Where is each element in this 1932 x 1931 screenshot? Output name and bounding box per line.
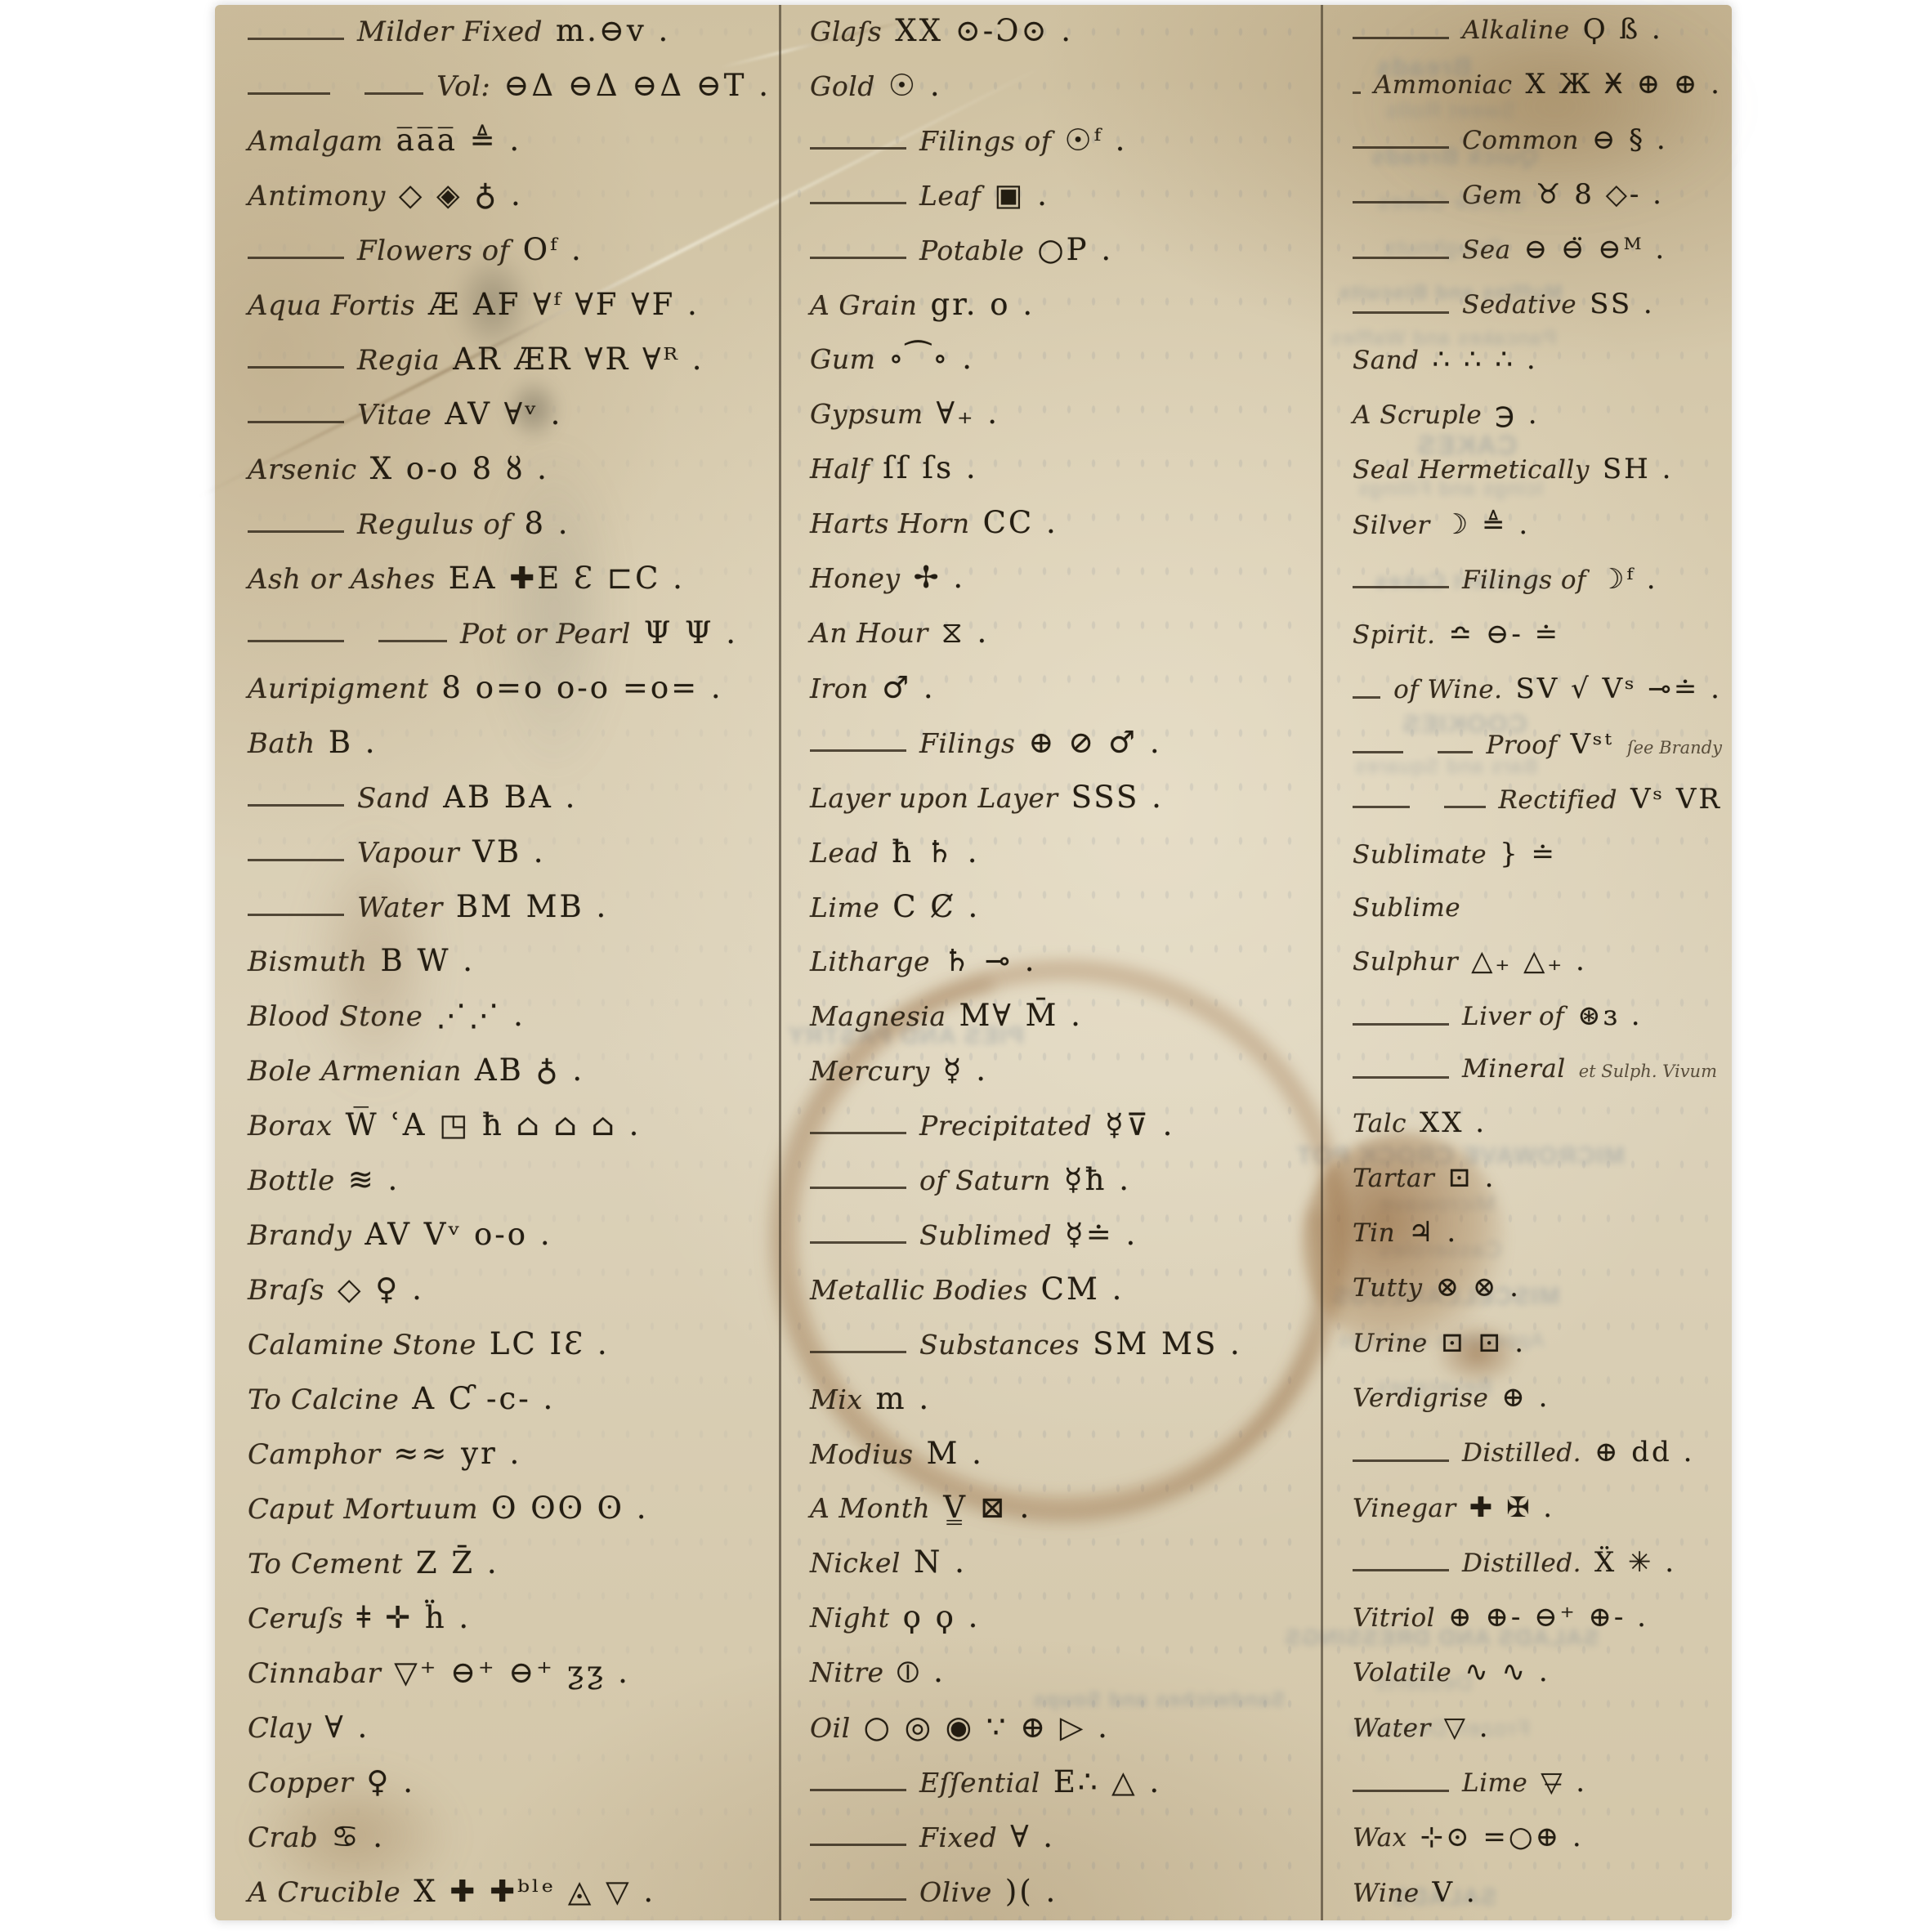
table-row: Seal HermeticallySH . (1353, 453, 1722, 485)
symbol-glyphs: Oᶠ . (523, 232, 584, 267)
symbol-glyphs: ≈≈ yr . (393, 1436, 521, 1471)
ditto-dash (248, 366, 344, 369)
term-label: Flowers of (357, 235, 510, 267)
term-label: Ash or Ashes (248, 563, 436, 596)
symbol-glyphs: ⋰⋰ . (436, 998, 525, 1033)
term-label: Borax (248, 1110, 333, 1142)
term-label: Vinegar (1353, 1494, 1456, 1523)
ditto-dash (810, 749, 906, 752)
table-row: Vol:⊖Δ ⊖Δ ⊖Δ ⊖T . (248, 68, 771, 103)
symbol-glyphs: ⊛ɜ . (1577, 999, 1642, 1032)
symbol-glyphs: ☿ħ . (1064, 1162, 1131, 1197)
symbol-glyphs: a̅a̅a̅ ≜ . (396, 123, 521, 158)
table-row: Bottle≋ . (248, 1162, 771, 1197)
table-row: Vitriol⊕ ⊕- ⊖⁺ ⊕- . (1353, 1601, 1722, 1634)
symbol-glyphs: ⊕ ⊘ ♂ . (1028, 725, 1161, 760)
ditto-dash (1353, 1459, 1449, 1462)
table-row: Crab♋ . (248, 1819, 771, 1854)
term-label: Honey (810, 562, 901, 594)
symbol-glyphs: A Ƈ -c- . (412, 1381, 555, 1416)
table-row: ProofVˢᵗſee Brandy (1353, 728, 1722, 761)
table-row: Sand∴ ∴ ∴ . (1353, 343, 1722, 376)
symbol-glyphs: SH . (1603, 453, 1674, 485)
term-label: A Scruple (1353, 400, 1482, 430)
table-row: Silver☽ ≜ . (1353, 508, 1722, 541)
term-label: Camphor (248, 1438, 380, 1471)
ditto-dash (364, 92, 423, 95)
symbol-glyphs: X Ж Ӿ ⊕ ⊕ . (1525, 68, 1722, 101)
term-label: Bottle (248, 1164, 335, 1197)
ditto-dash (1353, 146, 1449, 149)
table-row: SedativeSS . (1353, 288, 1722, 320)
symbol-glyphs: ∀ . (1010, 1819, 1055, 1854)
table-row: Layer upon LayerSSS . (810, 780, 1308, 815)
symbol-glyphs: m.⊖v . (556, 13, 670, 48)
table-row: Filings⊕ ⊘ ♂ . (810, 725, 1308, 760)
ditto-dash (1353, 1569, 1449, 1571)
table-row: Pot or PearlΨ Ψ . (248, 615, 771, 650)
table-row: Gypsum∀₊ . (810, 396, 1308, 431)
ditto-dash (810, 1898, 906, 1901)
term-label: Regulus of (357, 508, 511, 541)
annotation-note: et Sulph. Vivum (1579, 1062, 1717, 1081)
symbol-glyphs: CM . (1041, 1272, 1125, 1307)
table-row: GlaſsXX ⊙-Ɔ⊙ . (810, 13, 1308, 48)
ditto-dash (810, 1241, 906, 1244)
table-row: Ceruſsǂ ✛ ḧ . (248, 1600, 771, 1635)
ditto-dash (248, 257, 344, 259)
term-label: Filings (919, 727, 1015, 759)
table-row: SandAB BA . (248, 780, 771, 815)
term-label: A Month (810, 1492, 930, 1524)
term-label: Copper (248, 1767, 353, 1799)
symbol-glyphs: ✚ ✠ . (1469, 1491, 1554, 1524)
term-label: Harts Horn (810, 507, 970, 539)
symbol-glyphs: ϙ ϙ . (903, 1599, 981, 1634)
table-row: Mercury☿ . (810, 1053, 1308, 1088)
table-row: RegiaAR ÆR ∀R ∀ᴿ . (248, 342, 771, 377)
symbol-glyphs: SS . (1590, 288, 1655, 320)
term-label: Ammoniac (1374, 70, 1513, 100)
table-row: Sublimate} ≐ (1353, 838, 1722, 870)
symbol-glyphs: ▽ . (1444, 1711, 1491, 1744)
table-row: Distilled.⊕ dd . (1353, 1436, 1722, 1468)
term-label: Half (810, 453, 870, 485)
symbol-glyphs: X o-o 8 ȣ . (370, 451, 549, 486)
term-label: Iron (810, 673, 869, 704)
term-label: Water (357, 892, 443, 924)
table-row: Leaf▣ . (810, 177, 1308, 212)
table-row: Iron♂ . (810, 670, 1308, 705)
ditto-dash (248, 804, 344, 807)
term-label: Distilled. (1462, 1549, 1581, 1578)
table-row: NickelN . (810, 1544, 1308, 1580)
table-row: An Hour⧖ . (810, 615, 1308, 650)
table-row: Mixm . (810, 1381, 1308, 1416)
table-row: Litharge♄ ⊸ . (810, 943, 1308, 978)
term-label: Crab (248, 1821, 318, 1854)
term-label: Talc (1353, 1109, 1407, 1138)
table-row: Nitre⦶ . (810, 1654, 1308, 1690)
table-row: WaterBM MB . (248, 889, 771, 924)
table-row: Sublimed☿≐ . (810, 1217, 1308, 1252)
ditto-dash (248, 92, 330, 95)
symbol-glyphs: ≏ ⊖- ≐ (1449, 618, 1561, 650)
table-row: RectifiedVˢ VR (1353, 783, 1722, 816)
term-label: Wax (1353, 1823, 1407, 1853)
term-label: Auripigment (248, 673, 428, 705)
symbol-glyphs: ⊖ ⊖̈ ⊖ᴹ . (1524, 233, 1667, 266)
symbol-glyphs: gr. o . (930, 287, 1035, 322)
term-label: Water (1353, 1714, 1431, 1743)
ditto-dash (248, 421, 344, 423)
ditto-dash (1353, 1790, 1449, 1792)
table-row: Aqua FortisÆ AF ∀ᶠ ∀F ∀F . (248, 287, 771, 322)
ditto-dash (810, 147, 906, 150)
symbol-glyphs: ▽̶ . (1541, 1766, 1587, 1799)
term-label: Brandy (248, 1219, 351, 1252)
table-row: of Saturn☿ħ . (810, 1162, 1308, 1197)
term-label: Ceruſs (248, 1602, 343, 1635)
table-row: Metallic BodiesCM . (810, 1272, 1308, 1307)
term-label: To Calcine (248, 1383, 399, 1416)
term-label: Eſſential (919, 1767, 1040, 1799)
symbol-glyphs: Vˢ VR (1630, 783, 1722, 816)
symbol-glyphs: AV Vᵛ o-o . (364, 1217, 552, 1252)
term-label: Substances (919, 1329, 1080, 1361)
ditto-dash (1353, 92, 1361, 94)
symbol-glyphs: B . (329, 725, 378, 760)
ditto-dash (810, 1789, 906, 1791)
term-label: Mineral (1462, 1054, 1566, 1084)
table-row: Tutty⊗ ⊗ . (1353, 1271, 1722, 1303)
table-row: Verdigrise⊕ . (1353, 1381, 1722, 1414)
table-row: To CalcineA Ƈ -c- . (248, 1381, 771, 1416)
term-label: Verdigrise (1353, 1383, 1488, 1413)
table-row: Amalgama̅a̅a̅ ≜ . (248, 123, 771, 158)
table-row: Oil○ ◎ ◉ ∵ ⊕ ▷ . (810, 1710, 1308, 1745)
symbol-glyphs: CC . (983, 505, 1058, 540)
symbol-glyphs: ⊡ . (1447, 1161, 1496, 1194)
symbol-glyphs: 8 o=o o-o =o= . (441, 670, 722, 705)
table-row: Volatile∿ ∿ . (1353, 1656, 1722, 1688)
ditto-dash (1353, 201, 1449, 203)
term-label: Gold (810, 70, 875, 102)
term-label: Amalgam (248, 125, 383, 158)
term-label: Pot or Pearl (460, 618, 631, 650)
term-label: Oil (810, 1712, 851, 1744)
symbol-glyphs: } ≐ (1500, 838, 1557, 870)
ditto-dash (810, 1187, 906, 1189)
symbol-glyphs: ☉ᶠ . (1064, 123, 1127, 158)
symbol-glyphs: ♉ 8 ◇- . (1536, 178, 1664, 211)
symbol-glyphs: SV √ Vˢ ⊸≐ . (1515, 673, 1722, 705)
symbol-glyphs: Ẍ ✳ . (1594, 1546, 1676, 1579)
symbol-glyphs: AB BA . (443, 780, 577, 815)
term-label: Modius (810, 1438, 914, 1470)
symbol-glyphs: ⊹⊙ =○⊕ . (1420, 1821, 1584, 1853)
table-row: Braſs◇ ♀ . (248, 1272, 771, 1307)
term-label: Gem (1462, 181, 1523, 210)
term-label: Alkaline (1462, 16, 1570, 45)
term-label: Liver of (1462, 1002, 1564, 1031)
term-label: Regia (357, 344, 440, 377)
term-label: Braſs (248, 1274, 324, 1307)
symbol-glyphs: XX . (1420, 1106, 1487, 1139)
symbol-glyphs: ☽ᶠ . (1599, 563, 1658, 596)
term-label: Sublime (1353, 893, 1460, 923)
table-row: Regulus of8 . (248, 506, 771, 541)
table-row: VapourVB . (248, 834, 771, 869)
term-label: Nickel (810, 1547, 901, 1579)
term-label: Distilled. (1462, 1438, 1581, 1468)
table-row: Harts HornCC . (810, 505, 1308, 540)
symbol-glyphs: LC IƐ . (490, 1326, 610, 1361)
symbol-glyphs: ⊗ ⊗ . (1436, 1271, 1521, 1303)
table-row: AlkalineϘ ß . (1353, 13, 1722, 46)
symbol-glyphs: ⊕ ⊕- ⊖⁺ ⊕- . (1448, 1601, 1648, 1634)
table-row: TalcXX . (1353, 1106, 1722, 1139)
symbol-glyphs: ʘ ʘʘ ʘ . (491, 1491, 648, 1526)
table-row: Milder Fixedm.⊖v . (248, 13, 771, 48)
table-row: Blood Stone⋰⋰ . (248, 998, 771, 1033)
symbol-glyphs: ☉ . (888, 68, 942, 103)
term-label: Glaſs (810, 16, 882, 47)
term-label: Sea (1462, 235, 1511, 265)
symbol-glyphs: ▽⁺ ⊖⁺ ⊖⁺ ƺƺ . (394, 1655, 630, 1690)
symbol-glyphs: ⊕ . (1501, 1381, 1550, 1414)
annotation-note: ſee Brandy (1627, 738, 1722, 758)
symbol-glyphs: ⦶ . (897, 1654, 946, 1690)
term-label: Cinnabar (248, 1657, 381, 1690)
term-label: Bismuth (248, 945, 368, 978)
table-row: Distilled.Ẍ ✳ . (1353, 1546, 1722, 1579)
table-row: WineV . (1353, 1876, 1722, 1909)
table-row: Gold☉ . (810, 68, 1308, 103)
term-label: Precipitated (919, 1110, 1092, 1142)
term-label: Mix (810, 1383, 862, 1415)
ditto-dash (1353, 257, 1449, 259)
ditto-dash (1353, 751, 1403, 753)
symbol-glyphs: ♂ . (882, 670, 936, 705)
symbol-glyphs: ℈ . (1495, 398, 1539, 431)
term-label: Night (810, 1602, 890, 1634)
table-row: Leadħ ♄ . (810, 834, 1308, 869)
symbol-column-3: AlkalineϘ ß .AmmoniacX Ж Ӿ ⊕ ⊕ .Common⊖ … (1353, 13, 1722, 1909)
term-label: Magnesia (810, 1000, 946, 1032)
table-row: Precipitated☿⊽ . (810, 1107, 1308, 1142)
ditto-dash (810, 1351, 906, 1353)
term-label: Sand (1353, 346, 1420, 375)
symbol-glyphs: 8 . (524, 506, 570, 541)
symbol-glyphs: ♋ . (331, 1819, 385, 1854)
table-row: SubstancesSM MS . (810, 1326, 1308, 1361)
ditto-dash (1444, 806, 1485, 808)
term-label: Filings of (1462, 565, 1586, 595)
table-row: Tartar⊡ . (1353, 1161, 1722, 1194)
table-row: BrandyAV Vᵛ o-o . (248, 1217, 771, 1252)
symbol-glyphs: SSS . (1071, 780, 1164, 815)
term-label: Common (1462, 126, 1579, 155)
term-label: Tutty (1353, 1273, 1423, 1303)
symbol-glyphs: SM MS . (1093, 1326, 1242, 1361)
term-label: Aqua Fortis (248, 289, 415, 322)
term-label: Sedative (1462, 290, 1576, 320)
symbol-glyphs: ǂ ✛ ḧ . (356, 1600, 471, 1635)
column-rule (779, 5, 781, 1920)
term-label: Calamine Stone (248, 1329, 476, 1361)
symbol-glyphs: ⊖ § . (1592, 123, 1668, 156)
table-row: Lime▽̶ . (1353, 1766, 1722, 1799)
symbol-glyphs: Vˢᵗ (1570, 728, 1613, 761)
symbol-glyphs: X ✚ ✚ᵇˡᵉ ◬ ▽ . (414, 1874, 655, 1909)
symbol-glyphs: AV ∀ᵛ . (445, 396, 562, 431)
table-row: Flowers ofOᶠ . (248, 232, 771, 267)
term-label: Sublimate (1353, 840, 1487, 869)
term-label: A Grain (810, 289, 917, 321)
symbol-column-1: Milder Fixedm.⊖v .Vol:⊖Δ ⊖Δ ⊖Δ ⊖T .Amalg… (248, 13, 771, 1909)
table-row: Mineralet Sulph. Vivum (1353, 1054, 1722, 1084)
table-row: Fixed∀ . (810, 1819, 1308, 1854)
symbol-glyphs: ▣ . (994, 177, 1049, 212)
table-row: Clay∀ . (248, 1710, 771, 1745)
term-label: Sulphur (1353, 947, 1458, 977)
table-row: BismuthB W . (248, 943, 771, 978)
term-label: Tin (1353, 1218, 1395, 1248)
table-row: Caput Mortuumʘ ʘʘ ʘ . (248, 1491, 771, 1526)
symbol-glyphs: C Ȼ . (892, 889, 980, 924)
ditto-dash (248, 530, 344, 533)
symbol-glyphs: ⊡ ⊡ . (1441, 1326, 1526, 1359)
term-label: Arsenic (248, 454, 357, 486)
ditto-dash (378, 640, 447, 642)
symbol-glyphs: ♀ . (366, 1764, 415, 1799)
ditto-dash (1353, 37, 1449, 39)
term-label: Potable (919, 235, 1024, 266)
symbol-glyphs: ○P . (1037, 232, 1113, 267)
table-row: Bole ArmenianAB ♁ . (248, 1053, 771, 1088)
ditto-dash (1353, 1023, 1449, 1026)
symbol-glyphs: Z Z̄ . (416, 1545, 499, 1580)
term-label: Vitriol (1353, 1603, 1435, 1633)
table-row: A Graingr. o . (810, 287, 1308, 322)
symbol-glyphs: ✢ . (914, 560, 966, 595)
table-row: Liver of⊛ɜ . (1353, 999, 1722, 1032)
paper-page: BreadsSweet RollsQuick BreadsCoffee Cake… (215, 5, 1732, 1920)
term-label: Bath (248, 727, 315, 760)
symbol-glyphs: ∀₊ . (937, 396, 1000, 431)
ditto-dash (248, 859, 344, 861)
ditto-dash (1353, 311, 1449, 314)
term-label: To Cement (248, 1548, 403, 1580)
column-rule (1321, 5, 1323, 1920)
symbol-glyphs: ♃ . (1408, 1216, 1458, 1249)
term-label: Litharge (810, 945, 930, 977)
ditto-dash (810, 202, 906, 204)
symbol-glyphs: ⧖ . (941, 615, 990, 650)
table-row: To CementZ Z̄ . (248, 1545, 771, 1580)
table-row: A CrucibleX ✚ ✚ᵇˡᵉ ◬ ▽ . (248, 1874, 771, 1909)
term-label: Sublimed (919, 1219, 1052, 1251)
symbol-glyphs: ⊕ dd . (1594, 1436, 1694, 1468)
symbol-glyphs: ☿⊽ . (1105, 1107, 1174, 1142)
table-row: BoraxW̅ ʿA ◳ ħ ⌂ ⌂ ⌂ . (248, 1107, 771, 1142)
symbol-glyphs: Ϙ ß . (1583, 13, 1663, 46)
term-label: Lead (810, 837, 879, 869)
term-label: Blood Stone (248, 1000, 423, 1033)
symbol-glyphs: N . (914, 1544, 967, 1580)
ditto-dash (1438, 751, 1474, 753)
table-row: Tin♃ . (1353, 1216, 1722, 1249)
table-row: Antimony◇ ◈ ♁ . (248, 177, 771, 212)
symbol-glyphs: EA ✚E Ɛ ⊏C . (449, 561, 685, 596)
table-row: Spirit.≏ ⊖- ≐ (1353, 618, 1722, 650)
table-row: Wax⊹⊙ =○⊕ . (1353, 1821, 1722, 1853)
symbol-column-2: GlaſsXX ⊙-Ɔ⊙ .Gold☉ .Filings of☉ᶠ .Leaf▣… (810, 13, 1308, 1909)
term-label: Vitae (357, 399, 432, 431)
table-row: Gem♉ 8 ◇- . (1353, 178, 1722, 211)
table-row: Olive)( . (810, 1874, 1308, 1909)
term-label: Silver (1353, 511, 1430, 540)
symbol-glyphs: V . (1433, 1876, 1478, 1909)
table-row: Gum∘⁀∘ . (810, 341, 1308, 376)
ditto-dash (810, 1132, 906, 1134)
symbol-glyphs: AR ÆR ∀R ∀ᴿ . (453, 342, 704, 377)
term-label: Lime (810, 892, 879, 923)
symbol-glyphs: Ψ Ψ . (644, 615, 738, 650)
ditto-dash (1353, 696, 1380, 699)
table-row: A MonthV̳ ⊠ . (810, 1490, 1308, 1525)
symbol-glyphs: ◇ ◈ ♁ . (399, 177, 523, 212)
symbol-glyphs: B W . (381, 943, 476, 978)
symbol-glyphs: ∘⁀∘ . (888, 341, 974, 376)
term-label: Olive (919, 1876, 992, 1908)
symbol-glyphs: ☽ ≜ . (1443, 508, 1530, 541)
term-label: Spirit. (1353, 620, 1436, 650)
term-label: Wine (1353, 1879, 1420, 1908)
term-label: Caput Mortuum (248, 1493, 478, 1526)
symbol-glyphs: ☿≐ . (1065, 1217, 1138, 1252)
table-row: Copper♀ . (248, 1764, 771, 1799)
table-row: Urine⊡ ⊡ . (1353, 1326, 1722, 1359)
symbol-glyphs: ≋ . (348, 1162, 400, 1197)
term-label: Vol: (436, 70, 490, 103)
symbol-glyphs: Æ AF ∀ᶠ ∀F ∀F . (428, 287, 700, 322)
table-row: LimeC Ȼ . (810, 889, 1308, 924)
ditto-dash (1353, 586, 1449, 588)
term-label: Nitre (810, 1656, 884, 1688)
table-row: Camphor≈≈ yr . (248, 1436, 771, 1471)
table-row: Calamine StoneLC IƐ . (248, 1326, 771, 1361)
symbol-glyphs: XX ⊙-Ɔ⊙ . (895, 13, 1073, 48)
table-row: BathB . (248, 725, 771, 760)
ditto-dash (1353, 806, 1410, 808)
table-row: Halfſſ ſs . (810, 450, 1308, 485)
ditto-dash (810, 257, 906, 259)
term-label: of Saturn (919, 1164, 1051, 1196)
symbol-glyphs: ○ ◎ ◉ ∵ ⊕ ▷ . (864, 1710, 1110, 1745)
ditto-dash (248, 914, 344, 916)
ditto-dash (248, 38, 344, 40)
symbol-glyphs: M∀ M̄ . (959, 998, 1083, 1033)
term-label: Volatile (1353, 1658, 1451, 1687)
term-label: Mercury (810, 1055, 930, 1087)
term-label: Seal Hermetically (1353, 455, 1590, 485)
table-row: Ash or AshesEA ✚E Ɛ ⊏C . (248, 561, 771, 596)
table-row: Nightϙ ϙ . (810, 1599, 1308, 1634)
table-row: Potable○P . (810, 232, 1308, 267)
term-label: Urine (1353, 1329, 1428, 1358)
